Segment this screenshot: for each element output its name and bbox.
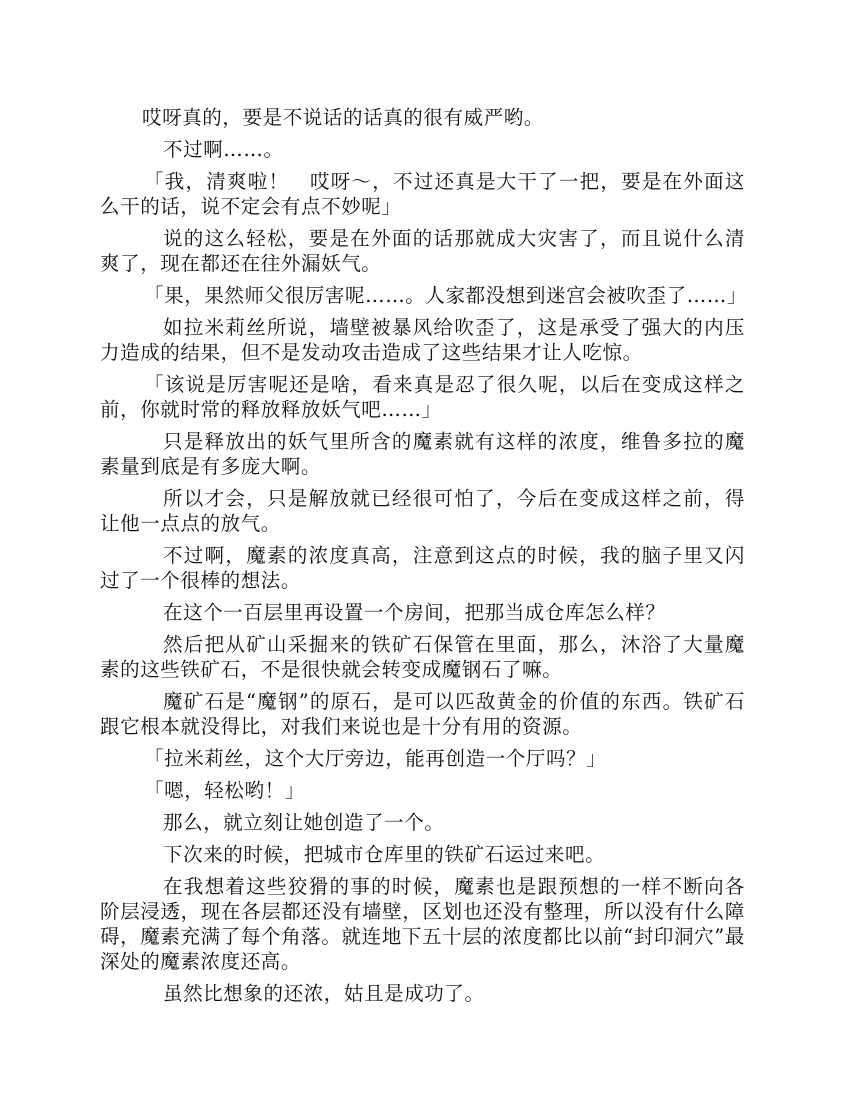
paragraph-5-dialogue: 「果，果然师父很厉害呢……。人家都没想到迷宫会被吹歪了……」 <box>100 283 745 308</box>
paragraph-19: 虽然比想象的还浓，姑且是成功了。 <box>100 981 745 1006</box>
paragraph-16: 那么，就立刻让她创造了一个。 <box>100 810 745 835</box>
paragraph-7-dialogue: 「该说是厉害呢还是啥，看来真是忍了很久呢，以后在变成这样之前，你就时常的释放释放… <box>100 372 745 422</box>
paragraph-15-dialogue: 「嗯，轻松哟！」 <box>100 778 745 803</box>
paragraph-2: 不过啊……。 <box>100 137 745 162</box>
paragraph-1: 哎呀真的，要是不说话的话真的很有威严哟。 <box>100 105 745 130</box>
paragraph-4: 说的这么轻松，要是在外面的话那就成大灾害了，而且说什么清爽了，现在都还在往外漏妖… <box>100 226 745 276</box>
document-page: 哎呀真的，要是不说话的话真的很有威严哟。 不过啊……。 「我，清爽啦！ 哎呀～，… <box>100 105 745 1013</box>
paragraph-18: 在我想着这些狡猾的事的时候，魔素也是跟预想的一样不断向各阶层浸透，现在各层都还没… <box>100 874 745 974</box>
paragraph-12: 然后把从矿山采掘来的铁矿石保管在里面，那么，沐浴了大量魔素的这些铁矿石，不是很快… <box>100 632 745 682</box>
paragraph-6: 如拉米莉丝所说，墙壁被暴风给吹歪了，这是承受了强大的内压力造成的结果，但不是发动… <box>100 315 745 365</box>
paragraph-3-dialogue: 「我，清爽啦！ 哎呀～，不过还真是大干了一把，要是在外面这么干的话，说不定会有点… <box>100 169 745 219</box>
paragraph-14-dialogue: 「拉米莉丝，这个大厅旁边，能再创造一个厅吗？」 <box>100 746 745 771</box>
paragraph-13: 魔矿石是“魔钢”的原石，是可以匹敌黄金的价值的东西。铁矿石跟它根本就没得比，对我… <box>100 689 745 739</box>
paragraph-11: 在这个一百层里再设置一个房间，把那当成仓库怎么样？ <box>100 600 745 625</box>
paragraph-8: 只是释放出的妖气里所含的魔素就有这样的浓度，维鲁多拉的魔素量到底是有多庞大啊。 <box>100 429 745 479</box>
paragraph-17: 下次来的时候，把城市仓库里的铁矿石运过来吧。 <box>100 842 745 867</box>
paragraph-10: 不过啊，魔素的浓度真高，注意到这点的时候，我的脑子里又闪过了一个很棒的想法。 <box>100 543 745 593</box>
paragraph-9: 所以才会，只是解放就已经很可怕了，今后在变成这样之前，得让他一点点的放气。 <box>100 486 745 536</box>
